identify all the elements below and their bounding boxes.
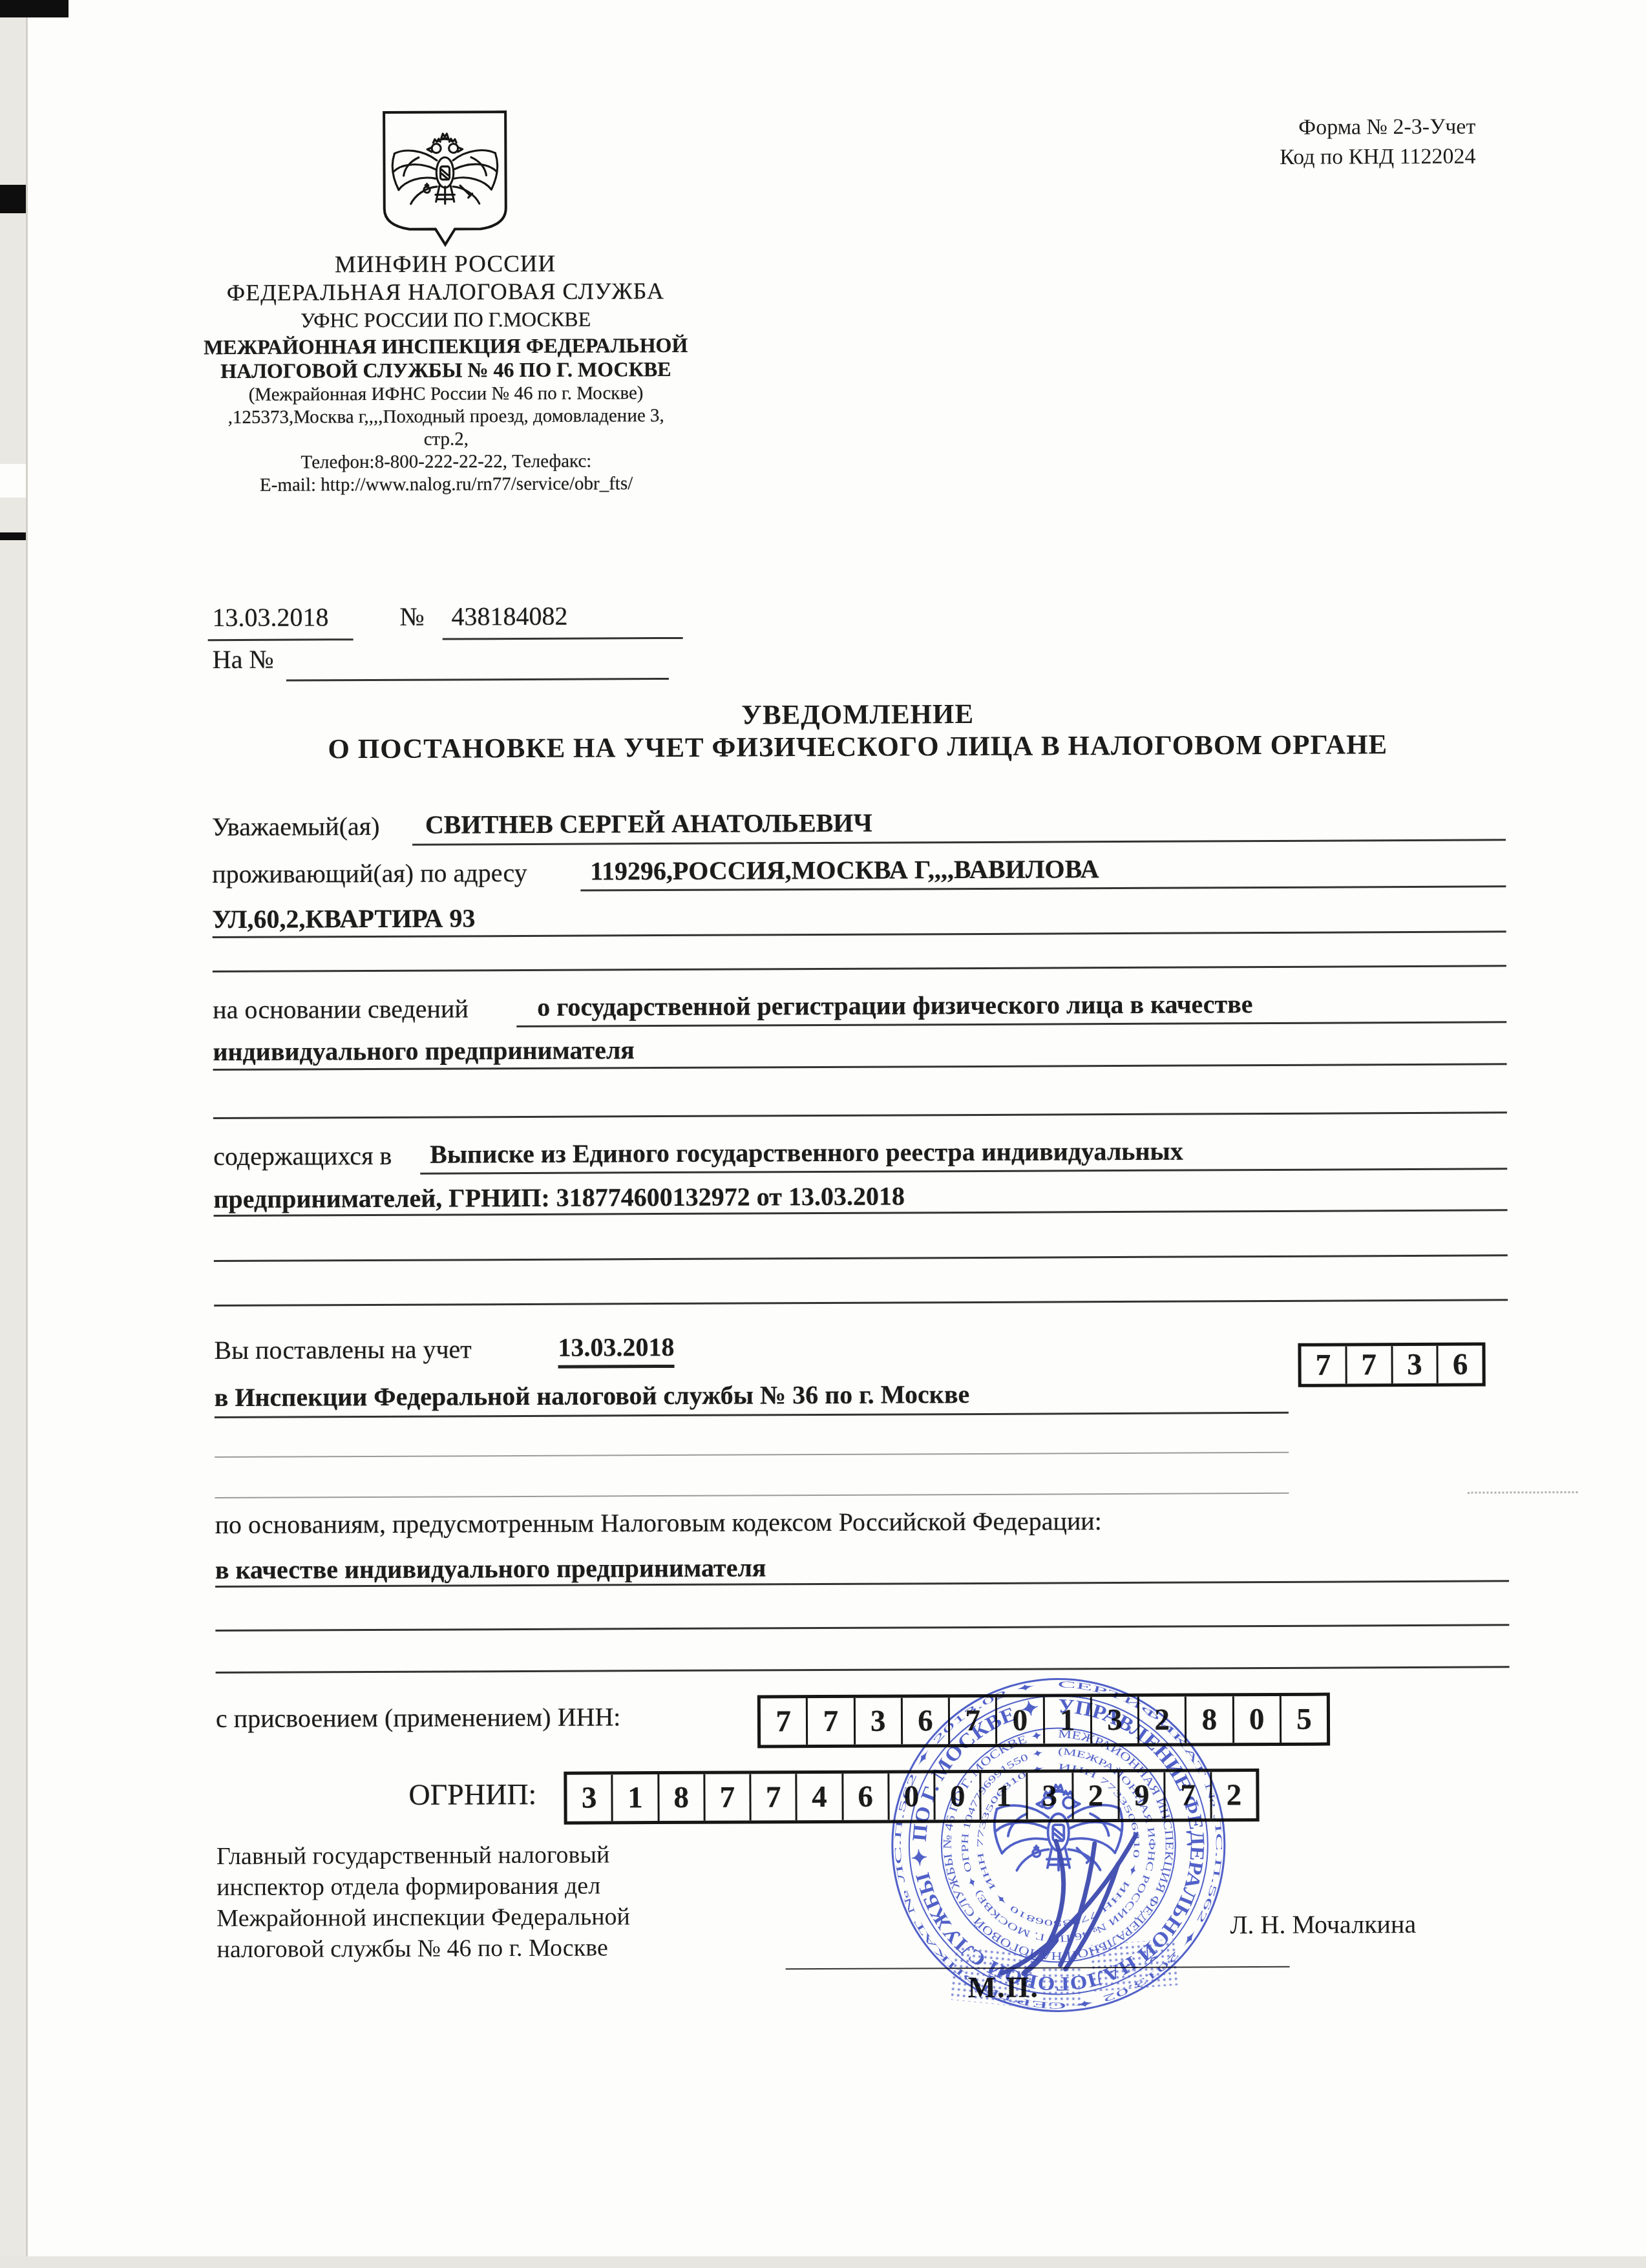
empty-rule xyxy=(215,1452,1289,1458)
official-title: Главный государственный налоговый инспек… xyxy=(216,1839,630,1965)
grounds-label: по основаниям, предусмотренным Налоговым… xyxy=(215,1506,1102,1540)
address-value: 119296,РОССИЯ,МОСКВА Г,,,,ВАВИЛОВА xyxy=(590,854,1099,886)
number-sign: № xyxy=(399,602,424,632)
scan-artifact-dots xyxy=(1468,1491,1577,1494)
line-rule xyxy=(412,839,1506,845)
form-number: Форма № 2-3-Учет xyxy=(1023,112,1475,144)
scan-artifact-gap xyxy=(0,464,26,498)
scanner-edge-strip xyxy=(0,0,28,2268)
grounds-value: в качестве индивидуального предпринимате… xyxy=(215,1552,766,1585)
agency-line: (Межрайонная ИФНС России № 46 по г. Моск… xyxy=(158,383,733,406)
inn-digit: 0 xyxy=(1232,1696,1280,1743)
code-digit: 7 xyxy=(1345,1346,1391,1383)
inspection-code-boxes: 7 7 3 6 xyxy=(1298,1343,1485,1387)
line-rule xyxy=(580,885,1506,891)
inn-label: с присвоением (применением) ИНН: xyxy=(216,1701,621,1734)
code-digit: 7 xyxy=(1301,1346,1345,1383)
ogrnip-digit: 7 xyxy=(749,1774,796,1820)
stamp-pattern xyxy=(1088,1938,1179,1991)
inn-digit: 7 xyxy=(761,1698,807,1745)
agency-line: МЕЖРАЙОННАЯ ИНСПЕКЦИЯ ФЕДЕРАЛЬНОЙ xyxy=(158,333,733,360)
agency-header: МИНФИН РОССИИ ФЕДЕРАЛЬНАЯ НАЛОГОВАЯ СЛУЖ… xyxy=(158,249,734,497)
official-title-line: инспектор отдела формирования дел xyxy=(216,1870,630,1903)
contained-value2: предпринимателей, ГРНИП: 318774600132972… xyxy=(213,1181,905,1214)
ogrnip-digit: 3 xyxy=(567,1774,611,1821)
official-title-line: Межрайонной инспекции Федеральной xyxy=(216,1901,630,1934)
agency-line: УФНС РОССИИ ПО Г.МОСКВЕ xyxy=(158,307,733,333)
person-name: СВИТНЕВ СЕРГЕЙ АНАТОЛЬЕВИЧ xyxy=(425,808,872,840)
agency-phone: Телефон:8-800-222-22-22, Телефакс: xyxy=(158,450,733,474)
agency-line: НАЛОГОВОЙ СЛУЖБЫ № 46 ПО Г. МОСКВЕ xyxy=(158,357,733,384)
agency-line: МИНФИН РОССИИ xyxy=(158,249,733,280)
empty-rule xyxy=(213,965,1506,972)
inn-digit: 7 xyxy=(806,1698,854,1745)
agency-email: E-mail: http://www.nalog.ru/rn77/service… xyxy=(159,473,734,497)
ogrnip-digit: 8 xyxy=(657,1774,704,1821)
knd-code: Код по КНД 1122024 xyxy=(1023,142,1475,174)
doc-number: 438184082 xyxy=(451,601,567,632)
stamp-pattern xyxy=(1041,1966,1081,2006)
scan-artifact-black xyxy=(0,185,26,213)
empty-rule xyxy=(215,1493,1289,1498)
agency-address: ,125373,Москва г,,,,Походный проезд, дом… xyxy=(158,405,733,429)
empty-rule xyxy=(214,1254,1508,1262)
round-seal-stamp: СЕРТИФИКАТ № ЛС.П.562 ✦ 2013.02 ✦ СЕРТИФ… xyxy=(883,1670,1234,2020)
inspector-name: Л. Н. Мочалкина xyxy=(1230,1909,1416,1940)
address-value2: УЛ,60,2,КВАРТИРА 93 xyxy=(212,903,475,934)
empty-rule xyxy=(214,1299,1508,1307)
russian-coat-of-arms-icon xyxy=(382,110,508,251)
number-underline xyxy=(443,637,683,640)
registered-label: Вы поставлены на учет xyxy=(214,1334,472,1365)
doc-date: 13.03.2018 xyxy=(212,602,328,633)
code-digit: 3 xyxy=(1391,1346,1437,1383)
basis-label: на основании сведений xyxy=(213,993,469,1025)
official-title-line: Главный государственный налоговый xyxy=(216,1839,630,1872)
form-info: Форма № 2-3-Учет Код по КНД 1122024 xyxy=(1023,112,1475,174)
official-title-line: налоговой службы № 46 по г. Москве xyxy=(216,1932,630,1965)
code-digit: 6 xyxy=(1437,1346,1482,1383)
reply-to-label: На № xyxy=(213,644,274,675)
reply-underline xyxy=(286,678,669,682)
ogrnip-digit: 4 xyxy=(796,1774,842,1820)
empty-rule xyxy=(215,1624,1509,1632)
ogrnip-digit: 1 xyxy=(611,1774,658,1821)
empty-rule xyxy=(213,1111,1507,1119)
document-content: Форма № 2-3-Учет Код по КНД 1122024 xyxy=(0,0,1646,2268)
basis-value2: индивидуального предпринимателя xyxy=(213,1034,635,1067)
agency-line: ФЕДЕРАЛЬНАЯ НАЛОГОВАЯ СЛУЖБА xyxy=(158,277,733,307)
ogrnip-digit: 7 xyxy=(703,1774,750,1820)
doc-title: УВЕДОМЛЕНИЕ xyxy=(211,696,1504,733)
scanned-tax-notification-page: Форма № 2-3-Учет Код по КНД 1122024 xyxy=(0,0,1646,2268)
contained-value: Выписке из Единого государственного реес… xyxy=(430,1136,1183,1170)
ogrnip-label: ОГРНИП: xyxy=(408,1777,536,1812)
line-rule xyxy=(516,1021,1506,1027)
scan-artifact-black xyxy=(0,532,26,540)
date-underline xyxy=(208,638,353,641)
contained-label: содержащихся в xyxy=(213,1140,392,1171)
agency-address2: стр.2, xyxy=(158,428,733,452)
address-label: проживающий(ая) по адресу xyxy=(212,857,527,889)
scan-artifact-black xyxy=(0,0,69,17)
line-rule xyxy=(420,1168,1507,1174)
line-rule xyxy=(215,1412,1289,1418)
inspection-value: в Инспекции Федеральной налоговой службы… xyxy=(215,1379,970,1412)
registered-date: 13.03.2018 xyxy=(558,1332,674,1369)
basis-value: о государственной регистрации физическог… xyxy=(537,989,1253,1022)
salutation-label: Уважаемый(ая) xyxy=(212,811,380,842)
doc-subtitle: О ПОСТАНОВКЕ НА УЧЕТ ФИЗИЧЕСКОГО ЛИЦА В … xyxy=(211,728,1504,766)
inn-digit: 5 xyxy=(1280,1696,1327,1743)
empty-rule xyxy=(216,1666,1510,1674)
stamp-pattern xyxy=(949,1945,1035,2008)
ogrnip-digit: 6 xyxy=(841,1774,888,1820)
scanner-edge-bottom xyxy=(0,2256,1646,2268)
